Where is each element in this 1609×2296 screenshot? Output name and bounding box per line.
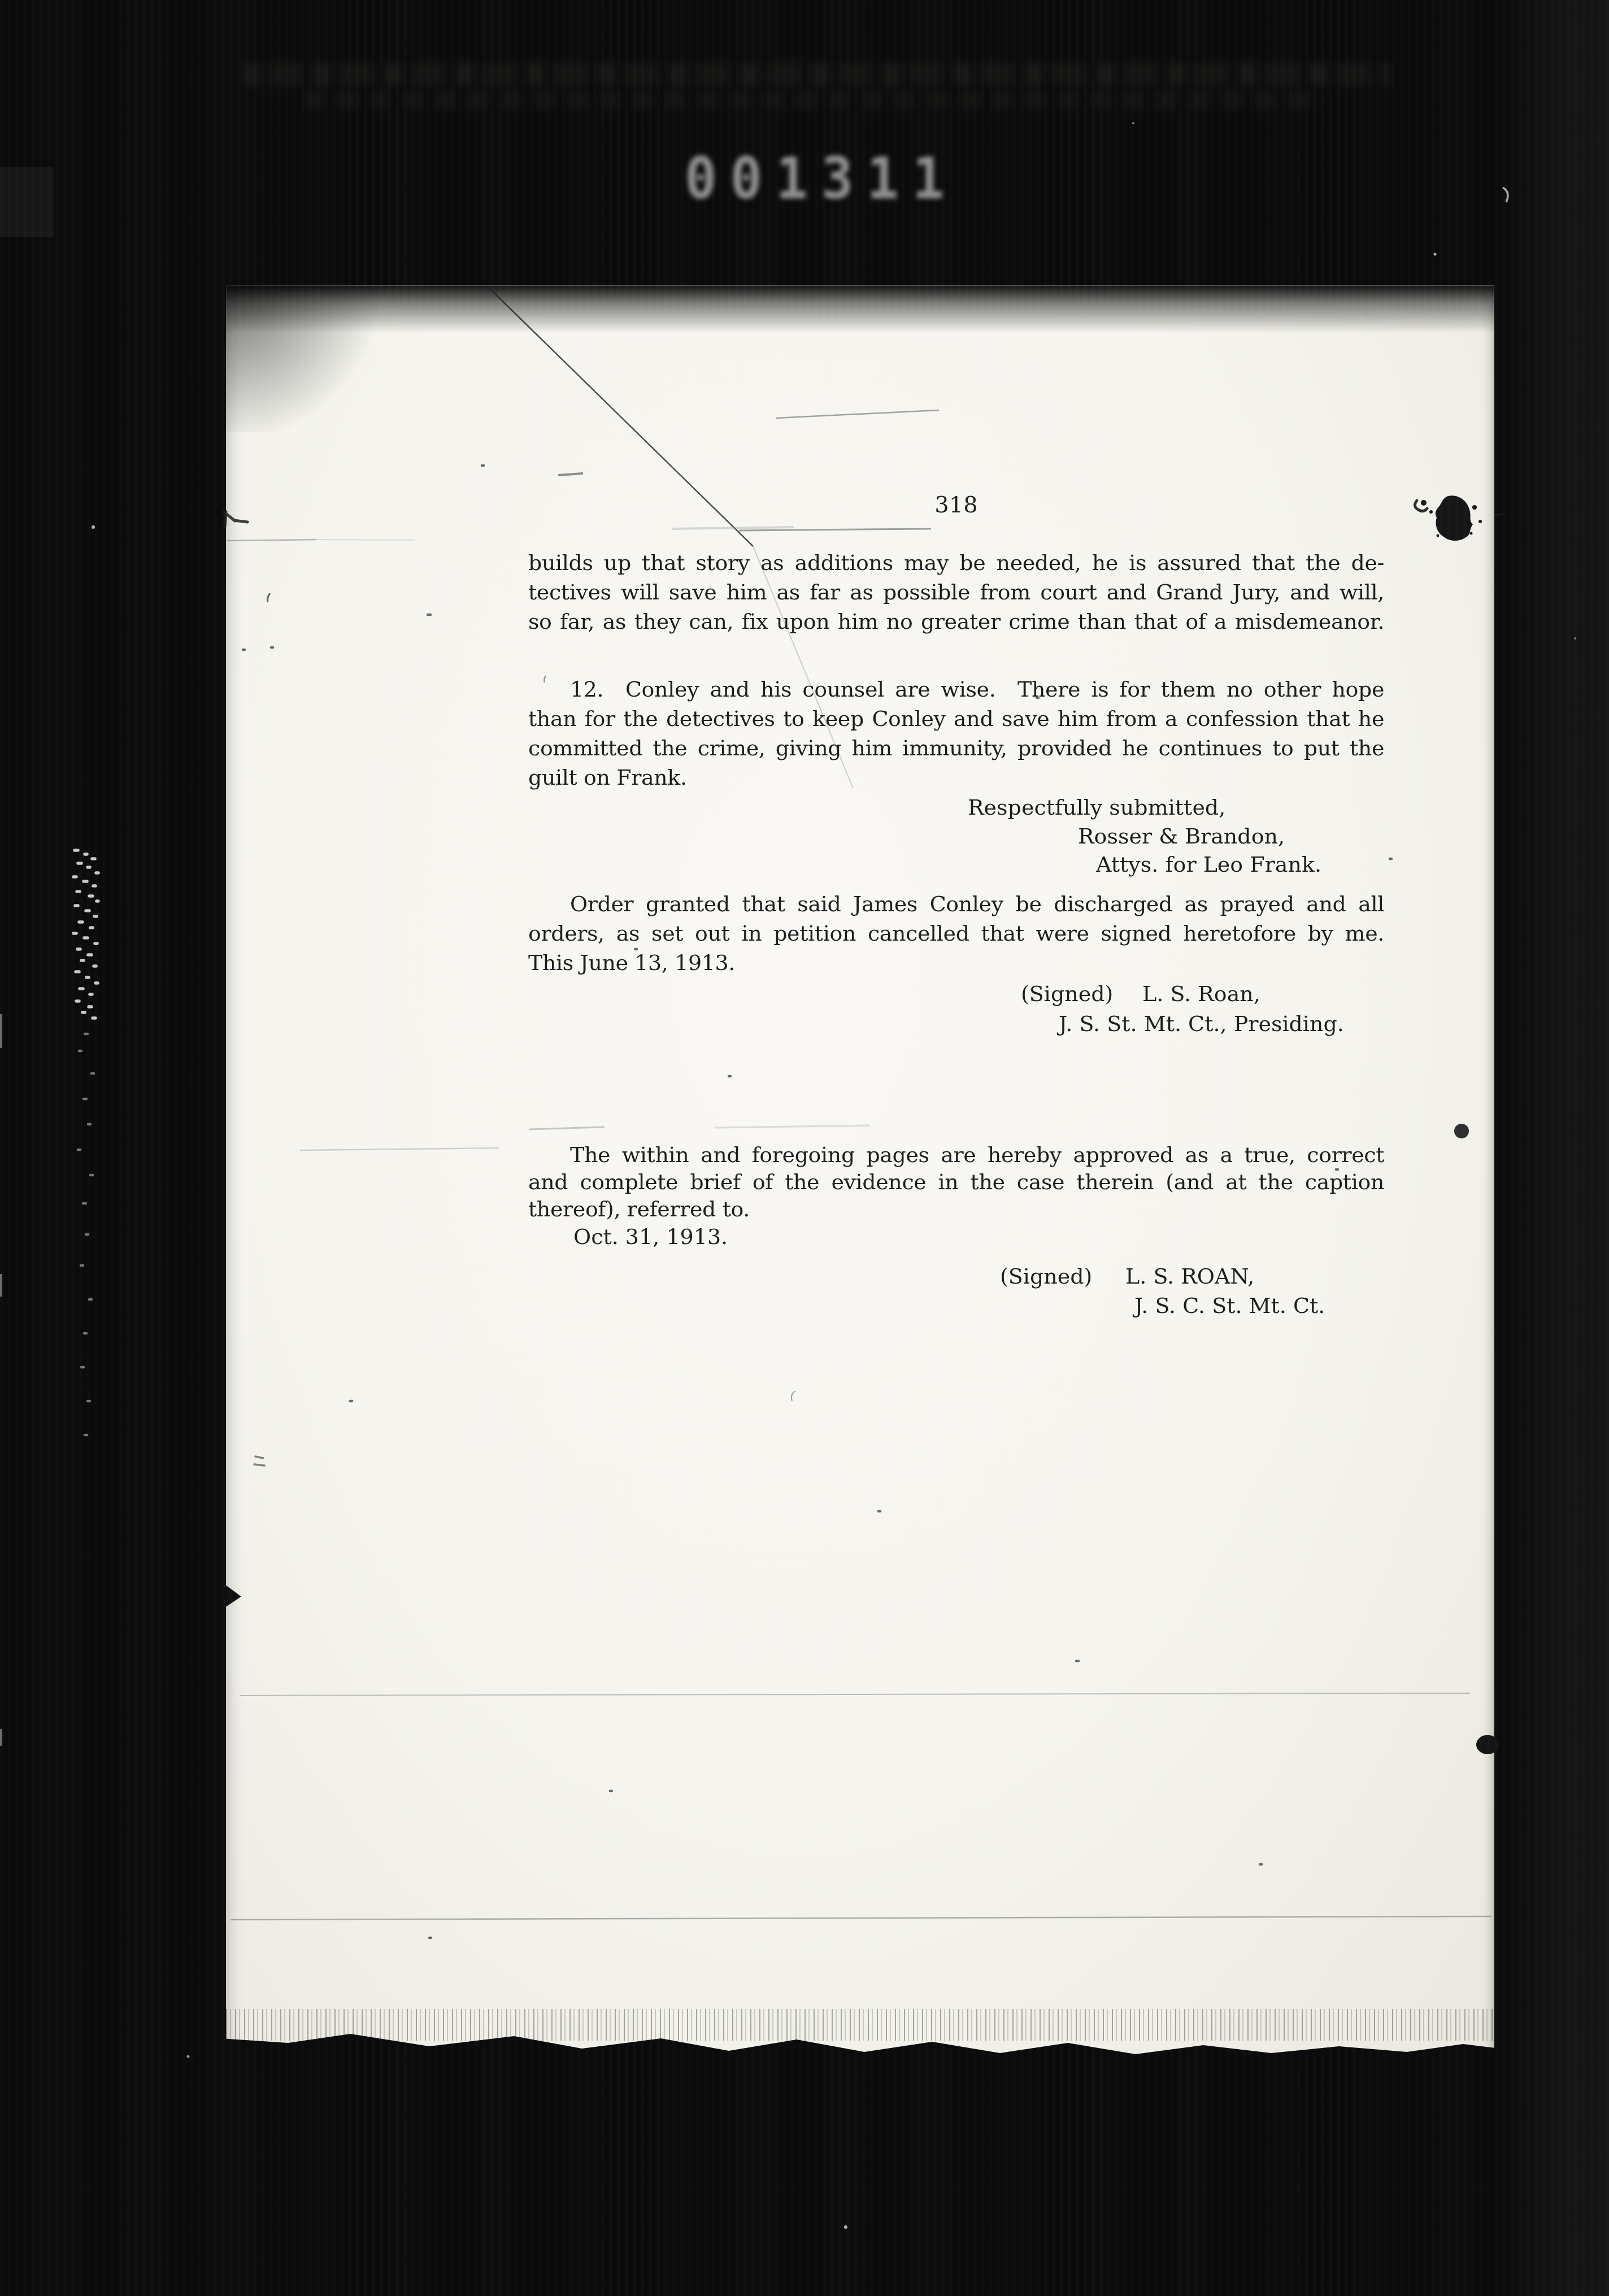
body-line: than for the detectives to keep Conley a… [528,706,1384,733]
approval-date: Oct. 31, 1913. [573,1224,728,1249]
signature-name: L. S. Roan, [1142,981,1260,1006]
body-line: committed the crime, giving him immunity… [528,735,1384,762]
law-firm-name: Rosser & Brandon, [1078,824,1285,849]
page-bottom-tear [220,2017,1500,2296]
body-line: This June 13, 1913. [528,950,1384,977]
page-number: 318 [528,492,1384,518]
film-edge-tick [0,1729,2,1746]
signed-label: (Signed) [1021,981,1113,1006]
ghost-text-top-1 [243,62,1390,86]
respectfully-submitted: Respectfully submitted, [968,795,1225,820]
body-line: 12. Conley and his counsel are wise. The… [528,676,1384,703]
ghost-text-top-2 [305,90,1322,110]
page-bottom-noise [226,2009,1494,2041]
film-damage-strip [73,850,98,1018]
film-edge-tick [0,1274,2,1297]
body-line: Order granted that said James Conley be … [528,891,1384,918]
film-damage-strip-sparse [78,1034,94,1435]
body-line: guilt on Frank. [528,764,1384,792]
signature-row: (Signed) L. S. ROAN, [226,1264,1494,1294]
frame-counter: 001311 [685,146,958,212]
microfilm-frame: 001311 318 builds up that story as addit… [0,0,1609,2296]
film-left-patch [0,167,54,237]
document-page: 318 builds up that story as additions ma… [226,285,1494,2059]
body-line: and complete brief of the evidence in th… [528,1169,1384,1196]
film-edge-tick [0,1014,2,1048]
attorneys-line: Attys. for Leo Frank. [1096,852,1321,877]
signature-row: (Signed) L. S. Roan, [226,981,1494,1012]
body-line: The within and foregoing pages are hereb… [528,1142,1384,1169]
body-line: thereof), referred to. [528,1196,1384,1223]
page-corner-shadow [226,285,395,432]
signature-title: J. S. St. Mt. Ct., Presiding. [1059,1011,1344,1036]
signature-name: L. S. ROAN, [1125,1264,1254,1289]
body-line: orders, as set out in petition cancelled… [528,920,1384,947]
body-line: so far, as they can, fix upon him no gre… [528,608,1384,636]
body-line: tectives will save him as far as possibl… [528,579,1384,606]
body-line: builds up that story as additions may be… [528,550,1384,577]
film-right-band [1496,0,1609,2296]
signature-title: J. S. C. St. Mt. Ct. [1134,1293,1325,1318]
page-top-shadow [226,285,1494,333]
signed-label: (Signed) [1000,1264,1092,1289]
